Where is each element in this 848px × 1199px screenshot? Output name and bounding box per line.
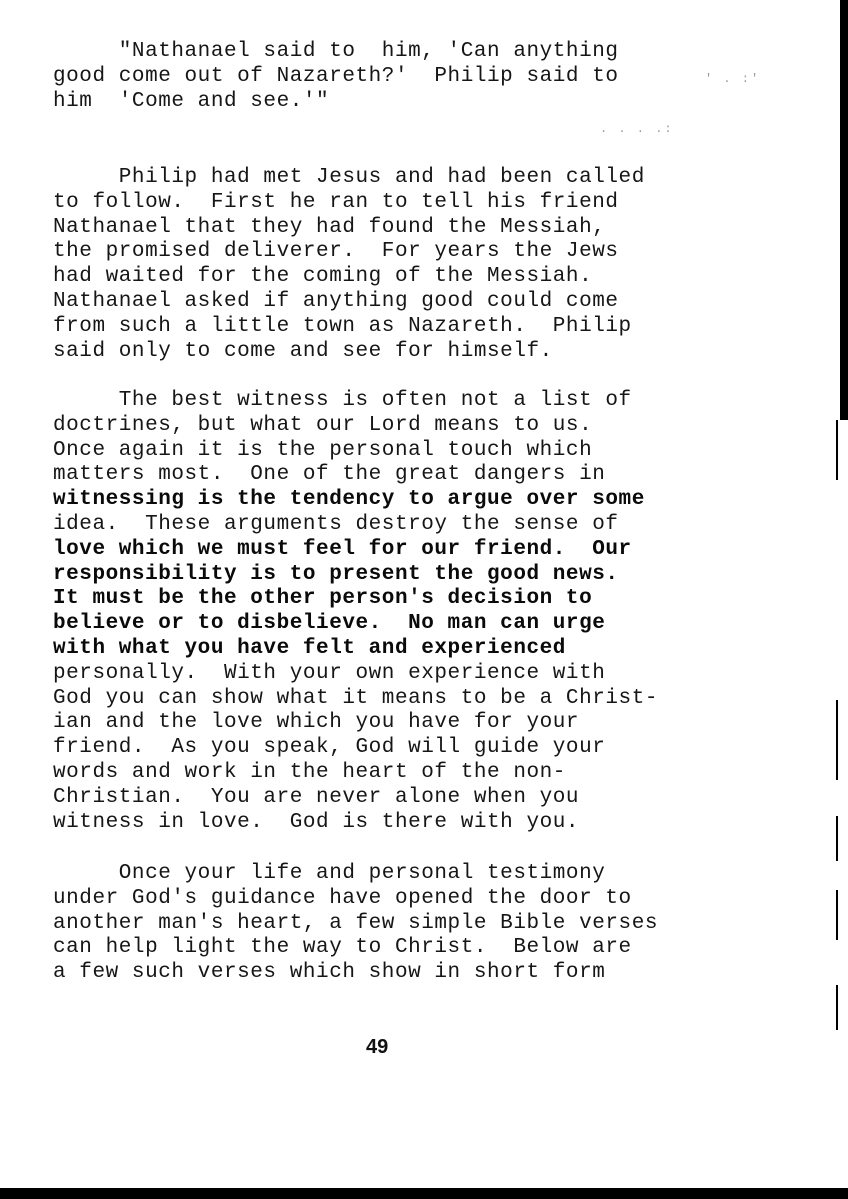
text-line: with what you have felt and experienced xyxy=(53,637,773,662)
scan-noise: ' . :' xyxy=(705,72,760,86)
scan-edge-line xyxy=(836,890,838,940)
paragraph-testimony: Once your life and personal testimony un… xyxy=(53,862,773,986)
text-line: friend. As you speak, God will guide you… xyxy=(53,736,773,761)
text-line: a few such verses which show in short fo… xyxy=(53,961,773,986)
text-line: Once your life and personal testimony xyxy=(53,862,773,887)
text-line: God you can show what it means to be a C… xyxy=(53,687,773,712)
scan-edge-line xyxy=(836,420,838,480)
text-line: had waited for the coming of the Messiah… xyxy=(53,265,773,290)
text-line: Once again it is the personal touch whic… xyxy=(53,439,773,464)
scan-bottom-shadow xyxy=(0,1188,848,1199)
text-line: Nathanael that they had found the Messia… xyxy=(53,216,773,241)
text-line: Nathanael asked if anything good could c… xyxy=(53,290,773,315)
text-line: good come out of Nazareth?' Philip said … xyxy=(53,65,773,90)
text-line: idea. These arguments destroy the sense … xyxy=(53,513,773,538)
text-line: can help light the way to Christ. Below … xyxy=(53,936,773,961)
text-line: from such a little town as Nazareth. Phi… xyxy=(53,315,773,340)
scan-noise: . . . .: xyxy=(600,122,674,136)
page-number: 49 xyxy=(366,1036,388,1059)
text-line: him 'Come and see.'" xyxy=(53,90,773,115)
text-line: personally. With your own experience wit… xyxy=(53,662,773,687)
text-line: Christian. You are never alone when you xyxy=(53,786,773,811)
text-line: another man's heart, a few simple Bible … xyxy=(53,912,773,937)
text-line: the promised deliverer. For years the Je… xyxy=(53,240,773,265)
text-line: words and work in the heart of the non- xyxy=(53,761,773,786)
text-line: under God's guidance have opened the doo… xyxy=(53,887,773,912)
text-line: doctrines, but what our Lord means to us… xyxy=(53,414,773,439)
scan-edge-line xyxy=(836,700,838,780)
text-line: matters most. One of the great dangers i… xyxy=(53,463,773,488)
text-line: believe or to disbelieve. No man can urg… xyxy=(53,612,773,637)
text-line: said only to come and see for himself. xyxy=(53,340,773,365)
text-line: "Nathanael said to him, 'Can anything xyxy=(53,40,773,65)
scan-edge-line xyxy=(836,816,838,861)
text-line: witnessing is the tendency to argue over… xyxy=(53,488,773,513)
text-line: witness in love. God is there with you. xyxy=(53,811,773,836)
text-line: The best witness is often not a list of xyxy=(53,389,773,414)
scan-edge-shadow xyxy=(840,0,848,420)
text-line: responsibility is to present the good ne… xyxy=(53,563,773,588)
text-line: love which we must feel for our friend. … xyxy=(53,538,773,563)
paragraph-philip: Philip had met Jesus and had been called… xyxy=(53,166,773,364)
scan-edge-line xyxy=(836,985,838,1030)
text-line: to follow. First he ran to tell his frie… xyxy=(53,191,773,216)
paragraph-quote: "Nathanael said to him, 'Can anything go… xyxy=(53,40,773,114)
text-line: ian and the love which you have for your xyxy=(53,711,773,736)
text-line: It must be the other person's decision t… xyxy=(53,587,773,612)
text-line: Philip had met Jesus and had been called xyxy=(53,166,773,191)
paragraph-witness: The best witness is often not a list of … xyxy=(53,389,773,835)
scanned-page: "Nathanael said to him, 'Can anything go… xyxy=(0,0,848,1199)
